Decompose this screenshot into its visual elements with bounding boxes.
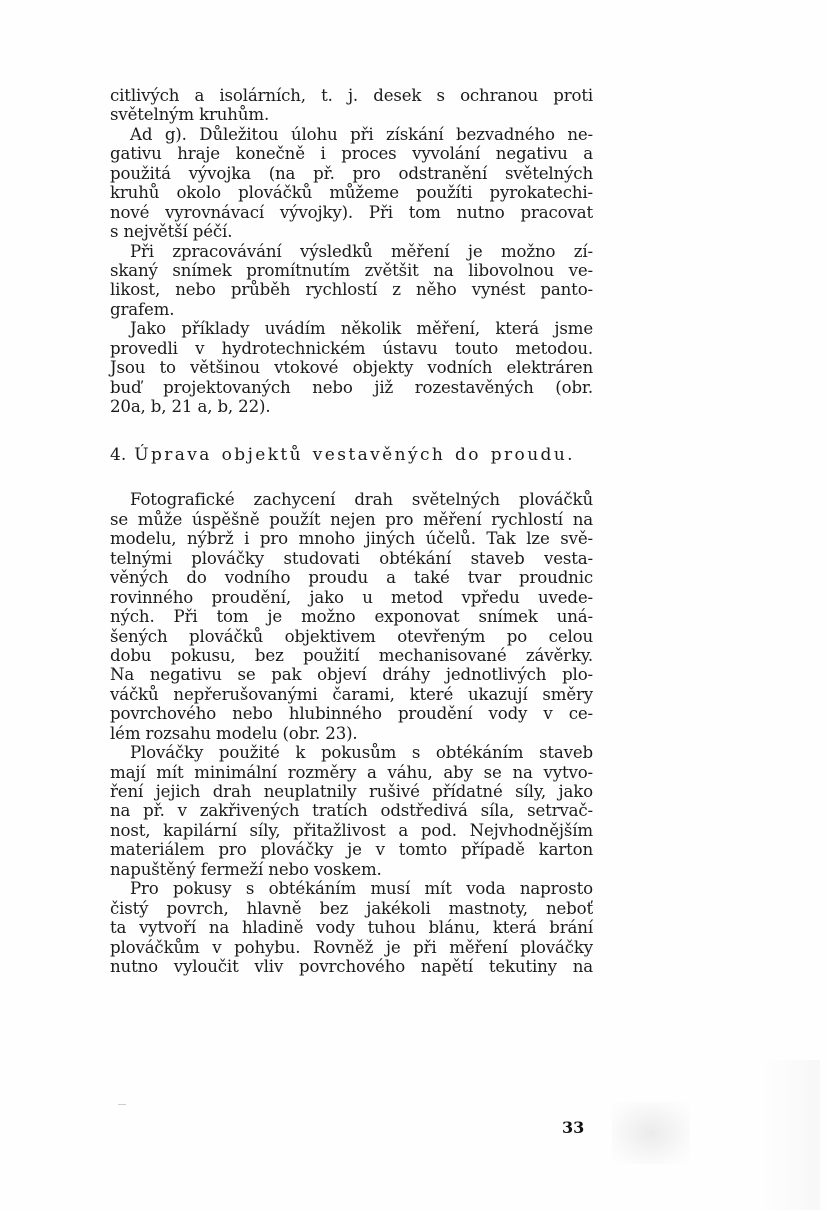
section-number: 4. (110, 445, 126, 465)
text-line: ření jejich drah neuplatnily rušivé příd… (110, 782, 593, 801)
spacer (110, 466, 593, 490)
scan-smudge (612, 1102, 690, 1164)
paragraph-3: Při zpracovávání výsledků měření je možn… (110, 242, 593, 320)
text-line: použitá vývojka (na př. pro odstranění s… (110, 164, 593, 183)
text-line: lém rozsahu modelu (obr. 23). (110, 724, 593, 743)
text-line: nutno vyloučit vliv povrchového napětí t… (110, 957, 593, 976)
text-line: grafem. (110, 300, 593, 319)
text-line: Plováčky použité k pokusům s obtékáním s… (110, 743, 593, 762)
text-line: citlivých a isolárních, t. j. desek s oc… (110, 86, 593, 105)
book-page: citlivých a isolárních, t. j. desek s oc… (0, 0, 827, 1211)
text-line: věných do vodního proudu a také tvar pro… (110, 568, 593, 587)
text-line: na př. v zakřivených tratích odstředivá … (110, 801, 593, 820)
body-text: citlivých a isolárních, t. j. desek s oc… (110, 86, 593, 976)
text-line: materiálem pro plováčky je v tomto přípa… (110, 840, 593, 859)
text-line: dobu pokusu, bez použití mechanisované z… (110, 646, 593, 665)
text-line: ta vytvoří na hladině vody tuhou blánu, … (110, 918, 593, 937)
text-line: Na negativu se pak objeví dráhy jednotli… (110, 665, 593, 684)
text-line: kruhů okolo plováčků můžeme použíti pyro… (110, 183, 593, 202)
paragraph-6: Plováčky použité k pokusům s obtékáním s… (110, 743, 593, 879)
text-line: Fotografické zachycení drah světelných p… (110, 490, 593, 509)
text-line: modelu, nýbrž i pro mnoho jiných účelů. … (110, 529, 593, 548)
paragraph-4: Jako příklady uvádím několik měření, kte… (110, 319, 593, 416)
scan-edge-shadow (760, 1060, 820, 1210)
paragraph-5: Fotografické zachycení drah světelných p… (110, 490, 593, 743)
text-line: čistý povrch, hlavně bez jakékoli mastno… (110, 899, 593, 918)
text-line: Při zpracovávání výsledků měření je možn… (110, 242, 593, 261)
paragraph-7: Pro pokusy s obtékáním musí mít voda nap… (110, 879, 593, 976)
text-line: provedli v hydrotechnickém ústavu touto … (110, 339, 593, 358)
text-line: buď projektovaných nebo již rozestavěnýc… (110, 378, 593, 397)
paragraph-2: Ad g). Důležitou úlohu při získání bezva… (110, 125, 593, 242)
text-line: telnými plováčky studovati obtékání stav… (110, 549, 593, 568)
text-line: nost, kapilární síly, přitažlivost a pod… (110, 821, 593, 840)
text-line: Jsou to většinou vtokové objekty vodních… (110, 358, 593, 377)
text-line: váčků nepřerušovanými čarami, které ukaz… (110, 685, 593, 704)
spacer (110, 416, 593, 444)
text-line: rovinného proudění, jako u metod vpředu … (110, 588, 593, 607)
text-line: Jako příklady uvádím několik měření, kte… (110, 319, 593, 338)
page-number: 33 (562, 1118, 584, 1137)
text-line: likost, nebo průběh rychlostí z něho vyn… (110, 280, 593, 299)
section-heading: 4.Úprava objektů vestavěných do proudu. (110, 444, 593, 466)
text-line: Ad g). Důležitou úlohu při získání bezva… (110, 125, 593, 144)
text-line: šených plováčků objektivem otevřeným po … (110, 627, 593, 646)
text-line: s největší péčí. (110, 222, 593, 241)
text-line: napuštěný fermeží nebo voskem. (110, 860, 593, 879)
text-line: ných. Při tom je možno exponovat snímek … (110, 607, 593, 626)
section-title: Úprava objektů vestavěných do proudu. (134, 445, 575, 465)
text-line: mají mít minimální rozměry a váhu, aby s… (110, 763, 593, 782)
text-line: skaný snímek promítnutím zvětšit na libo… (110, 261, 593, 280)
text-line: se může úspěšně použít nejen pro měření … (110, 510, 593, 529)
text-line: plováčkům v pohybu. Rovněž je při měření… (110, 938, 593, 957)
text-line: Pro pokusy s obtékáním musí mít voda nap… (110, 879, 593, 898)
text-line: nové vyrovnávací vývojky). Při tom nutno… (110, 203, 593, 222)
text-line: světelným kruhům. (110, 105, 593, 124)
paragraph-1: citlivých a isolárních, t. j. desek s oc… (110, 86, 593, 125)
text-line: povrchového nebo hlubinného proudění vod… (110, 704, 593, 723)
text-line: gativu hraje konečně i proces vyvolání n… (110, 144, 593, 163)
scan-mark (118, 1104, 126, 1105)
text-line: 20a, b, 21 a, b, 22). (110, 397, 593, 416)
